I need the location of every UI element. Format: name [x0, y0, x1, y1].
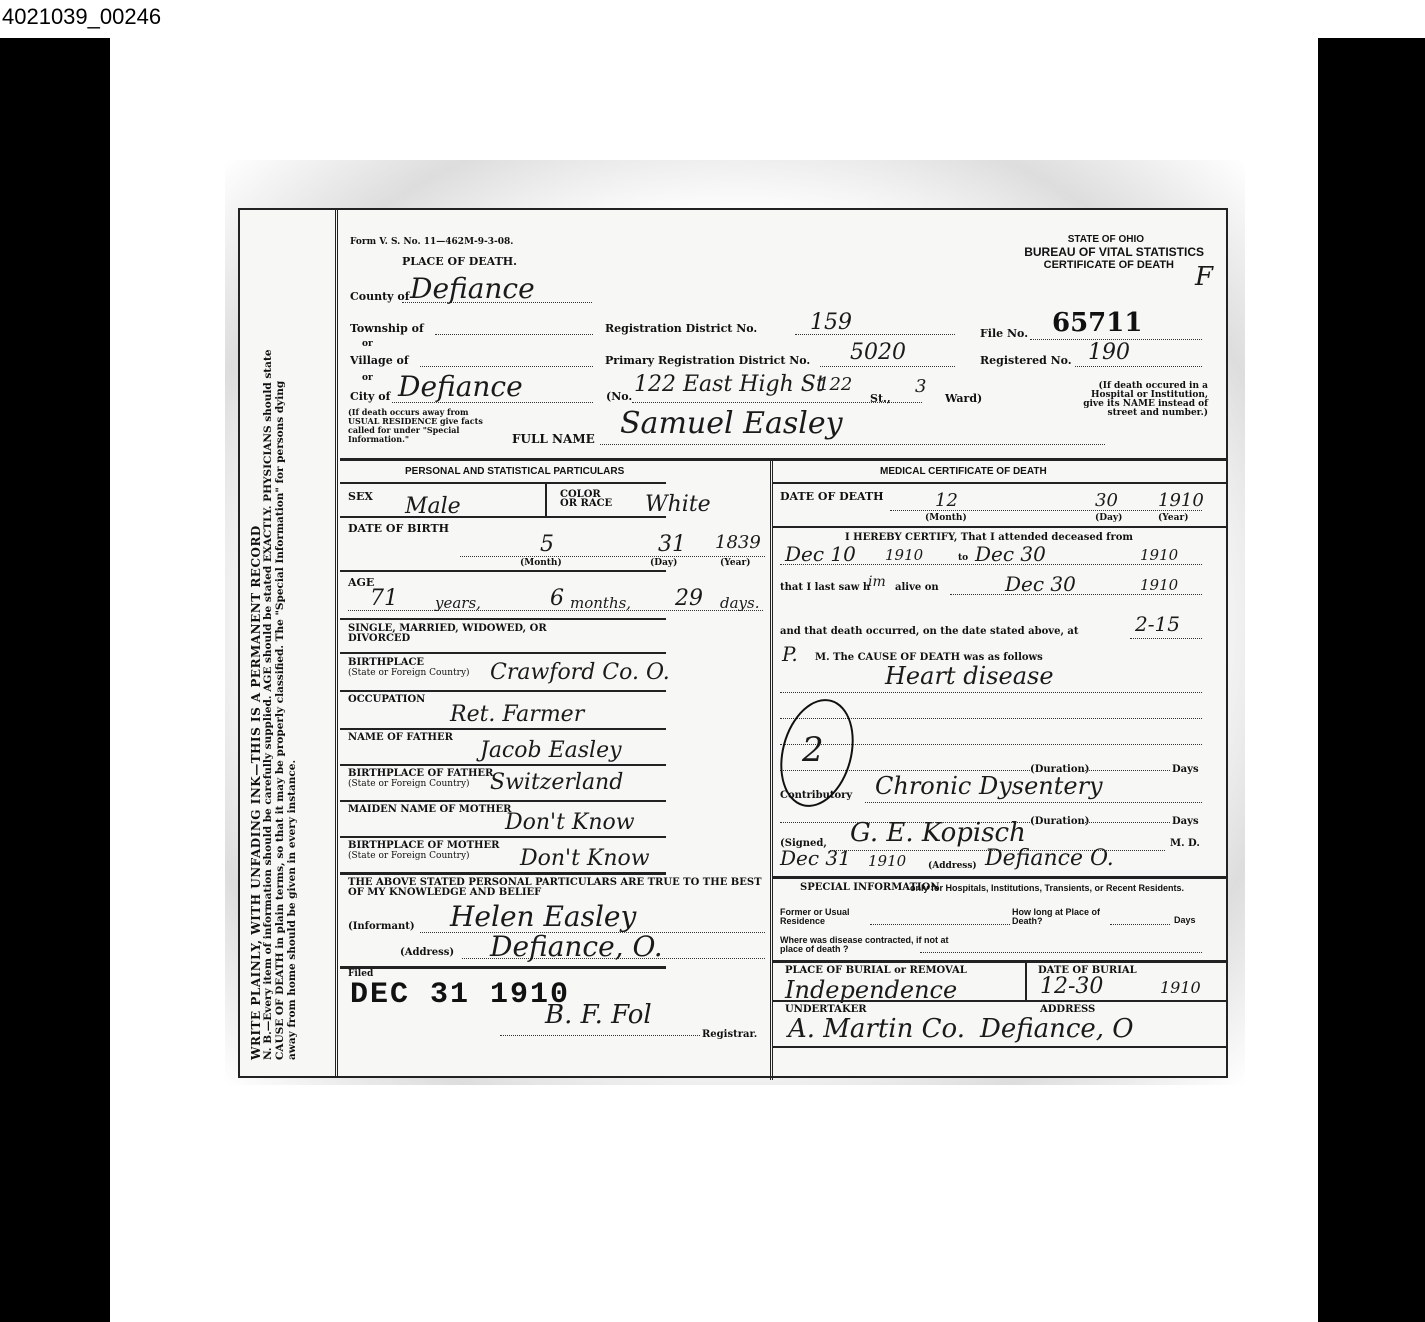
burial-year-value: 1910	[1160, 978, 1201, 997]
certificate-title-block: STATE OF OHIO BUREAU OF VITAL STATISTICS…	[1024, 234, 1204, 271]
contributory-value: Chronic Dysentery	[875, 772, 1103, 800]
mother-birthplace-sub-label: (State or Foreign Country)	[348, 852, 470, 861]
years-label: years,	[435, 594, 481, 612]
md-label: M. D.	[1170, 838, 1200, 849]
father-birthplace-value: Switzerland	[490, 770, 623, 795]
medical-heading: MEDICAL CERTIFICATE OF DEATH	[880, 466, 1047, 477]
dod-month-label: (Month)	[925, 514, 967, 523]
age-months: 6	[550, 586, 564, 611]
months-label: months,	[570, 594, 631, 612]
st-label: St.,	[870, 392, 891, 405]
special-days-label: Days	[1174, 916, 1196, 925]
informant-label: (Informant)	[348, 922, 415, 931]
occupation-label: OCCUPATION	[348, 694, 425, 705]
cause-value: Heart disease	[885, 662, 1054, 690]
dod-year-label: (Year)	[1158, 514, 1188, 523]
file-no-label: File No.	[980, 327, 1028, 340]
father-birthplace-sub-label: (State or Foreign Country)	[348, 780, 470, 789]
mother-value: Don't Know	[505, 810, 635, 835]
mother-label: MAIDEN NAME OF MOTHER	[348, 804, 511, 815]
county-value: Defiance	[410, 272, 535, 305]
place-of-death-heading: PLACE OF DEATH.	[402, 255, 517, 268]
to-label: to	[958, 554, 968, 563]
bureau-label: BUREAU OF VITAL STATISTICS	[1024, 245, 1204, 259]
attended-from: Dec 10	[785, 542, 856, 566]
informant-address-label: (Address)	[400, 948, 454, 957]
age-years: 71	[370, 586, 398, 611]
days-label: days.	[720, 594, 760, 612]
burial-date-value: 12-30	[1040, 974, 1103, 999]
township-label: Township of	[350, 322, 424, 335]
informant-value: Helen Easley	[450, 900, 636, 933]
last-saw-text: that I last saw h	[780, 582, 870, 593]
death-certificate: WRITE PLAINLY, WITH UNFADING INK—THIS IS…	[238, 208, 1228, 1078]
birthplace-value: Crawford Co. O.	[490, 660, 670, 685]
signed-year: 1910	[868, 852, 906, 870]
form-number: Form V. S. No. 11—462M-9-3-08.	[350, 238, 513, 247]
father-label: NAME OF FATHER	[348, 732, 453, 743]
margin-instructions: WRITE PLAINLY, WITH UNFADING INK—THIS IS…	[240, 210, 338, 1076]
county-label: County of	[350, 290, 409, 303]
file-no-value: 65711	[1052, 308, 1142, 338]
undertaker-address-value: Defiance, O	[980, 1014, 1134, 1044]
physician-signature: G. E. Kopisch	[850, 818, 1026, 848]
margin-line-1: WRITE PLAINLY, WITH UNFADING INK—THIS IS…	[250, 240, 262, 1060]
days-label-1: Days	[1172, 765, 1199, 774]
last-saw-date: Dec 30	[1005, 572, 1076, 596]
former-residence-label: Former or Usual Residence	[780, 908, 880, 926]
contributory-label: Contributory	[780, 790, 852, 801]
age-days: 29	[675, 586, 703, 611]
margin-line-3: CAUSE OF DEATH in plain terms, so that i…	[274, 240, 286, 1060]
scan-border-left	[0, 38, 110, 1322]
street-no-label: (No.	[606, 390, 632, 403]
dod-day-label: (Day)	[1095, 514, 1122, 523]
filed-stamp: DEC 31 1910	[350, 978, 570, 1012]
state-label: STATE OF OHIO	[1024, 234, 1144, 245]
days-label-2: Days	[1172, 817, 1199, 826]
primary-reg-district-label: Primary Registration District No.	[605, 354, 810, 367]
duration-label-2: (Duration)	[1030, 817, 1090, 826]
personal-heading: PERSONAL AND STATISTICAL PARTICULARS	[405, 466, 624, 477]
occupation-value: Ret. Farmer	[450, 702, 584, 727]
street-number-value: 122	[818, 374, 852, 395]
mother-birthplace-label: BIRTHPLACE OF MOTHER	[348, 840, 499, 851]
race-label: COLOR OR RACE	[560, 490, 620, 508]
last-saw-year: 1910	[1140, 576, 1178, 594]
primary-reg-district-value: 5020	[850, 340, 906, 365]
marital-status-label: SINGLE, MARRIED, WIDOWED, OR DIVORCED	[348, 624, 548, 644]
city-value: Defiance	[398, 370, 523, 403]
death-time-text: and that death occurred, on the date sta…	[780, 626, 1079, 637]
alive-on-label: alive on	[895, 582, 939, 593]
physician-address: Defiance O.	[985, 846, 1114, 871]
or-label-2: or	[362, 374, 373, 383]
special-info-subheading: only for Hospitals, Institutions, Transi…	[910, 883, 1200, 893]
dob-label: DATE OF BIRTH	[348, 522, 449, 535]
full-name-label: FULL NAME	[512, 432, 595, 446]
how-long-label: How long at Place of Death?	[1012, 908, 1112, 926]
full-name-value: Samuel Easley	[620, 406, 843, 441]
margin-line-4: away from home should be given in every …	[286, 240, 298, 1060]
father-birthplace-label: BIRTHPLACE OF FATHER	[348, 768, 493, 779]
attestation-text: THE ABOVE STATED PERSONAL PARTICULARS AR…	[348, 878, 768, 898]
dob-day: 31	[658, 532, 686, 557]
informant-address-value: Defiance, O.	[490, 930, 663, 963]
city-label: City of	[350, 390, 390, 403]
dod-label: DATE OF DEATH	[780, 490, 884, 503]
birthplace-sub-label: (State or Foreign Country)	[348, 669, 470, 678]
attended-to-year: 1910	[1140, 546, 1178, 564]
race-value: White	[645, 492, 711, 517]
reg-district-label: Registration District No.	[605, 322, 757, 335]
day-label: (Day)	[650, 559, 677, 568]
signed-date: Dec 31	[780, 846, 851, 870]
burial-place-label: PLACE OF BURIAL or REMOVAL	[785, 965, 967, 976]
registered-no-value: 190	[1088, 340, 1130, 365]
street-value: 122 East High St	[634, 372, 825, 397]
attended-from-year: 1910	[885, 546, 923, 564]
dob-month: 5	[540, 532, 554, 557]
circled-number: 2	[802, 730, 824, 770]
certificate-title: CERTIFICATE OF DEATH	[1024, 259, 1174, 271]
year-label: (Year)	[720, 559, 750, 568]
death-time: 2-15	[1135, 612, 1180, 636]
attended-to: Dec 30	[975, 542, 1046, 566]
registrar-signature: B. F. Fol	[545, 1000, 652, 1030]
ward-label: Ward)	[945, 392, 982, 405]
dob-year: 1839	[715, 532, 761, 553]
physician-address-label: (Address)	[928, 862, 977, 871]
registrar-label: Registrar.	[702, 1030, 757, 1039]
last-saw-pronoun: im	[868, 574, 886, 590]
scan-border-right	[1318, 38, 1425, 1322]
undertaker-value: A. Martin Co.	[788, 1014, 965, 1044]
hospital-note: (If death occured in a Hospital or Insti…	[1068, 382, 1208, 418]
away-note: (If death occurs away from USUAL RESIDEN…	[348, 408, 488, 444]
dod-day: 30	[1095, 490, 1118, 511]
ward-value: 3	[915, 376, 926, 397]
image-id-label: 4021039_00246	[2, 4, 161, 30]
father-value: Jacob Easley	[480, 738, 622, 763]
dod-year: 1910	[1158, 490, 1204, 511]
birthplace-label: BIRTHPLACE	[348, 657, 424, 668]
reg-district-value: 159	[810, 310, 852, 335]
certificate-body: Form V. S. No. 11—462M-9-3-08. PLACE OF …	[340, 210, 1226, 1076]
sex-label: SEX	[348, 490, 373, 503]
or-label-1: or	[362, 340, 373, 349]
mother-birthplace-value: Don't Know	[520, 846, 650, 871]
margin-line-2: N. B.—Every item of information should b…	[262, 240, 274, 1060]
village-label: Village of	[350, 354, 409, 367]
certificate-mark: F	[1195, 262, 1213, 292]
month-label: (Month)	[520, 559, 562, 568]
registered-no-label: Registered No.	[980, 354, 1072, 367]
ampm-value: P.	[782, 642, 798, 666]
dod-month: 12	[935, 490, 958, 511]
